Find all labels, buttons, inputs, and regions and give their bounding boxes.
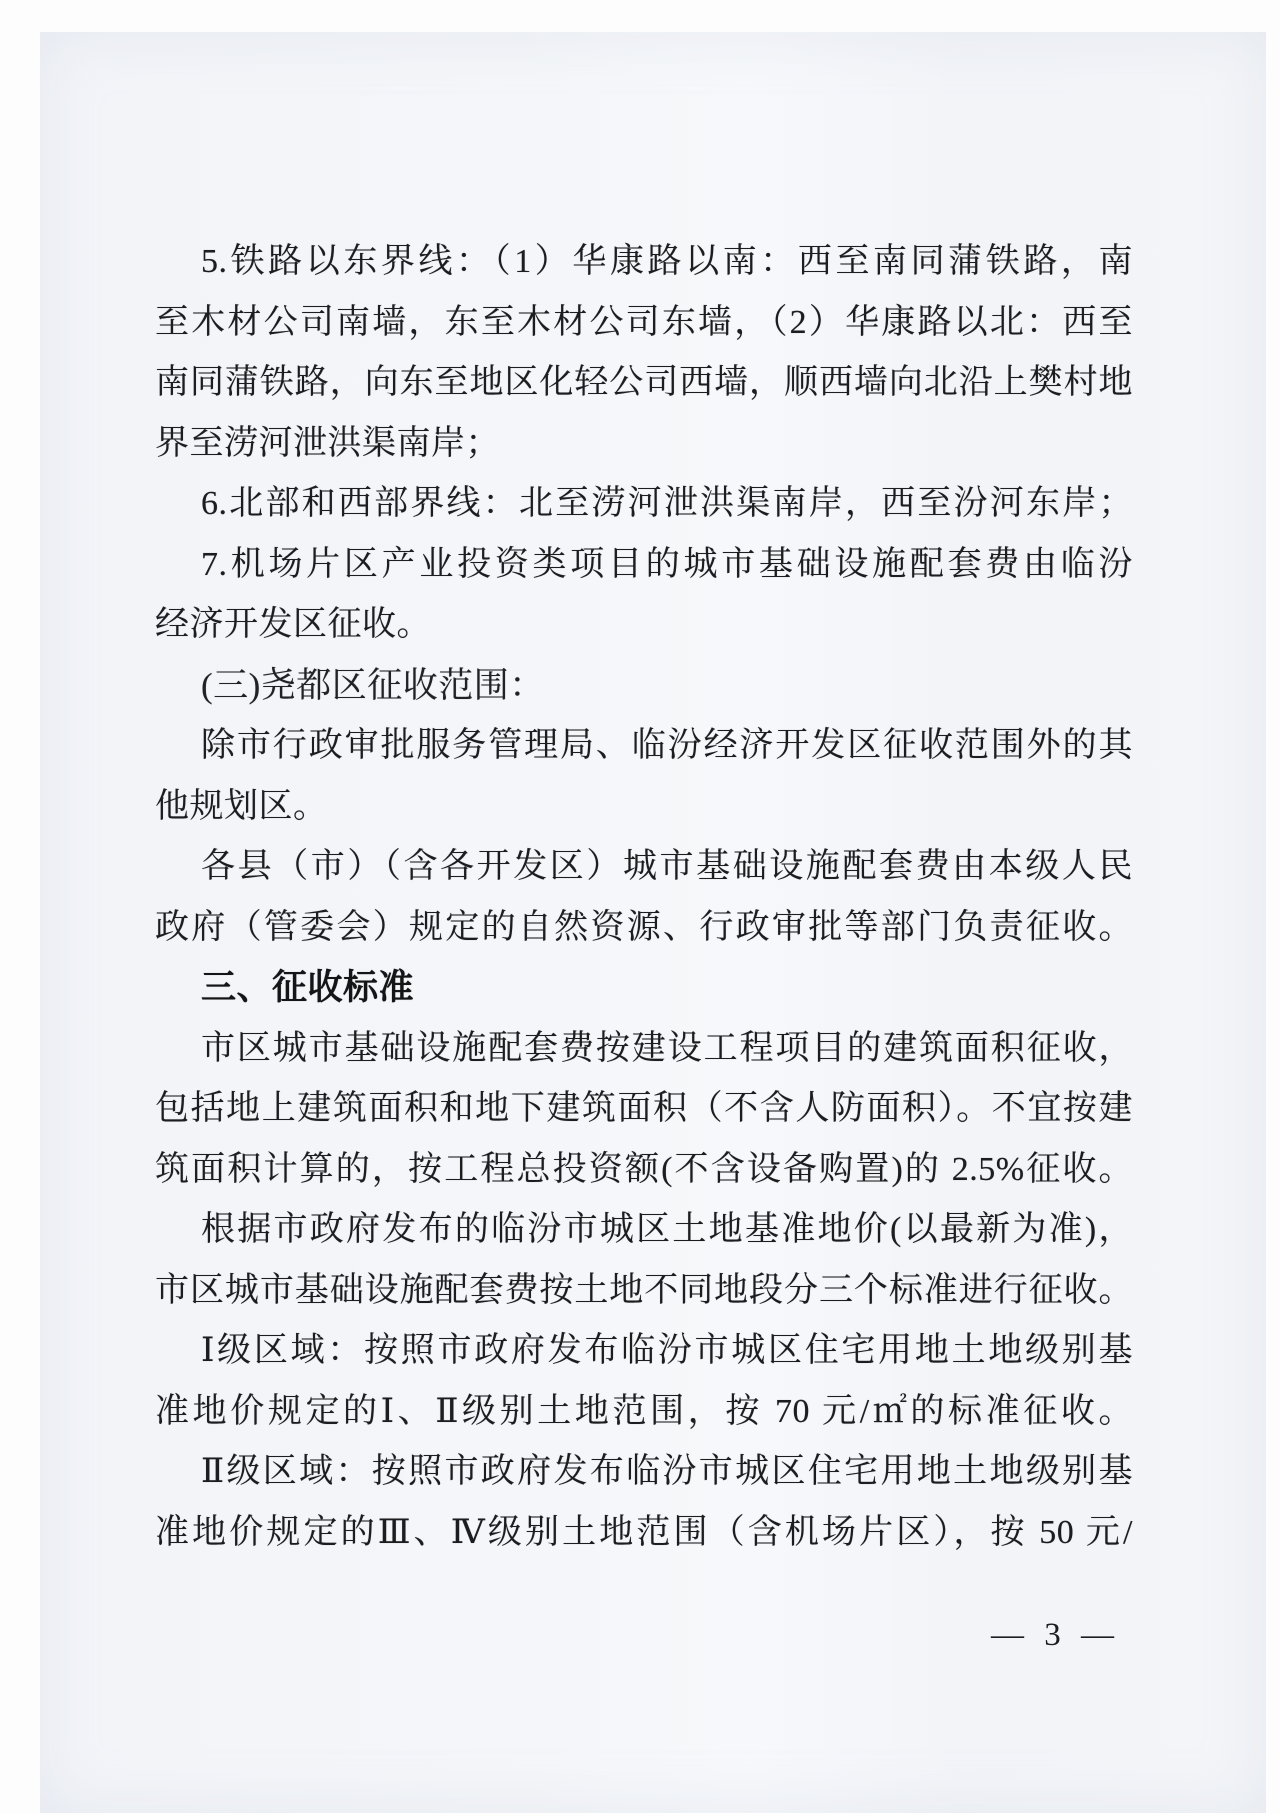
document-page: 5.铁路以东界线：（1）华康路以南：西至南同蒲铁路，南至木材公司南墙，东至木材公… bbox=[40, 32, 1266, 1813]
text-line: (三)尧都区征收范围： bbox=[155, 656, 1133, 717]
text-line: 经济开发区征收。 bbox=[155, 595, 1133, 656]
text-line: 包括地上建筑面积和地下建筑面积（不含人防面积）。不宜按建 bbox=[155, 1079, 1133, 1140]
text-line: 除市行政审批服务管理局、临汾经济开发区征收范围外的其 bbox=[155, 716, 1133, 777]
text-line: 根据市政府发布的临汾市城区土地基准地价(以最新为准)， bbox=[155, 1200, 1133, 1261]
text-line: 南同蒲铁路，向东至地区化轻公司西墙，顺西墙向北沿上樊村地 bbox=[155, 353, 1133, 414]
text-line: Ⅰ级区域：按照市政府发布临汾市城区住宅用地土地级别基 bbox=[155, 1321, 1133, 1382]
text-line: 政府（管委会）规定的自然资源、行政审批等部门负责征收。 bbox=[155, 898, 1133, 959]
text-line: 7.机场片区产业投资类项目的城市基础设施配套费由临汾 bbox=[155, 535, 1133, 596]
text-line: Ⅱ级区域：按照市政府发布临汾市城区住宅用地土地级别基 bbox=[155, 1442, 1133, 1503]
text-line: 界至涝河泄洪渠南岸； bbox=[155, 414, 1133, 475]
text-line: 各县（市）（含各开发区）城市基础设施配套费由本级人民 bbox=[155, 837, 1133, 898]
text-line: 6.北部和西部界线：北至涝河泄洪渠南岸，西至汾河东岸； bbox=[155, 474, 1133, 535]
text-line: 市区城市基础设施配套费按土地不同地段分三个标准进行征收。 bbox=[155, 1261, 1133, 1322]
text-line: 筑面积计算的，按工程总投资额(不含设备购置)的 2.5%征收。 bbox=[155, 1140, 1133, 1201]
text-line: 三、征收标准 bbox=[155, 958, 1133, 1019]
text-line: 他规划区。 bbox=[155, 777, 1133, 838]
text-line: 5.铁路以东界线：（1）华康路以南：西至南同蒲铁路，南 bbox=[155, 232, 1133, 293]
text-line: 准地价规定的Ⅲ、Ⅳ级别土地范围（含机场片区），按 50 元/ bbox=[155, 1503, 1133, 1564]
text-line: 至木材公司南墙，东至木材公司东墙，（2）华康路以北：西至 bbox=[155, 293, 1133, 354]
document-body: 5.铁路以东界线：（1）华康路以南：西至南同蒲铁路，南至木材公司南墙，东至木材公… bbox=[155, 232, 1133, 1563]
text-line: 准地价规定的Ⅰ、Ⅱ级别土地范围，按 70 元/㎡的标准征收。 bbox=[155, 1382, 1133, 1443]
page-number: — 3 — bbox=[991, 1617, 1120, 1654]
text-line: 市区城市基础设施配套费按建设工程项目的建筑面积征收， bbox=[155, 1019, 1133, 1080]
